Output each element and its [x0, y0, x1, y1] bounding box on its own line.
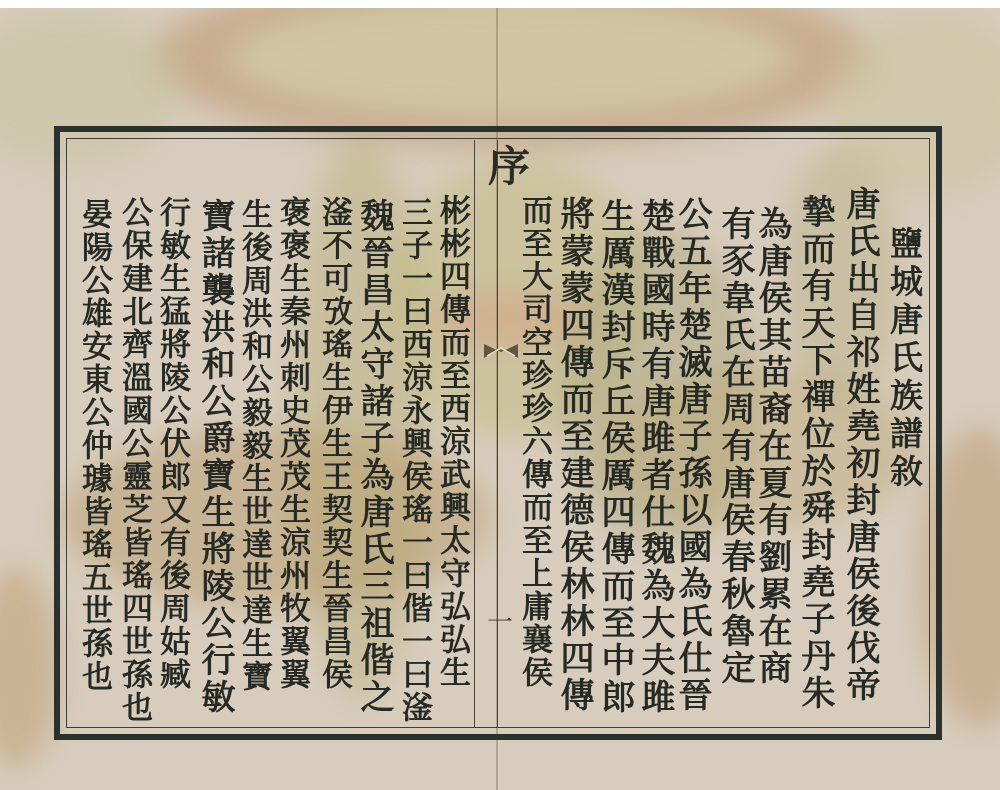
text-column: 有豕韋氏在周有唐侯春秋魯定	[718, 206, 752, 687]
text-column: 將蒙蒙四傳而至建德侯林林四傳	[557, 196, 591, 714]
text-column: 楚戰國時有唐雎者仕魏為大夫雎	[638, 198, 672, 716]
text-column: 生厲漢封斥丘侯厲四傳而至中郎	[598, 198, 632, 716]
gutter-rule-left	[474, 140, 475, 728]
text-column: 為唐侯其苗裔在夏有劉累在商	[755, 206, 789, 687]
water-stain	[230, 8, 790, 118]
document-title: 鹽城唐氏族譜敘	[888, 226, 921, 492]
section-label: 序	[476, 144, 536, 186]
text-column: 而至大司空珍珍六傳而至上庸襄侯	[518, 194, 549, 689]
text-column: 魏晉昌太守諸子為唐氏三祖偕之	[357, 198, 391, 716]
text-column: 行敏生猛將陵公伏郎又有後周姑臧	[156, 196, 187, 691]
water-stain	[0, 568, 60, 768]
text-column: 摯而有天下禪位於舜封堯子丹朱	[798, 194, 832, 712]
text-column: 公保建北齊溫國公靈芝皆瑤四世孫也	[118, 196, 149, 724]
text-column: 彬彬四傳而至西涼武興太守弘弘生	[436, 194, 467, 689]
text-column: 晏陽公雄安東公仲璩皆瑤五世孫也	[78, 198, 109, 693]
text-column: 公五年楚滅唐子孫以國為氏仕晉	[675, 196, 709, 714]
text-column: 三子一曰西涼永興侯瑤一曰偕一曰滏	[398, 196, 429, 724]
gutter-rule-right	[497, 140, 498, 728]
text-column: 滏不可攷瑤生伊生王契契生晉昌侯	[318, 196, 349, 691]
fishtail-mark-icon	[483, 340, 519, 360]
text-column: 褒褒生秦州刺史茂茂生涼州牧翼翼	[276, 196, 307, 691]
text-column: 唐氏出自祁姓堯初封唐侯後伐帝	[843, 186, 877, 704]
text-column: 生後周洪和公毅毅生世達世達生寶	[238, 198, 269, 693]
text-column: 寶諸襲洪和公爵寶生將陵公行敏	[198, 198, 232, 716]
page-number: 一	[487, 602, 513, 639]
